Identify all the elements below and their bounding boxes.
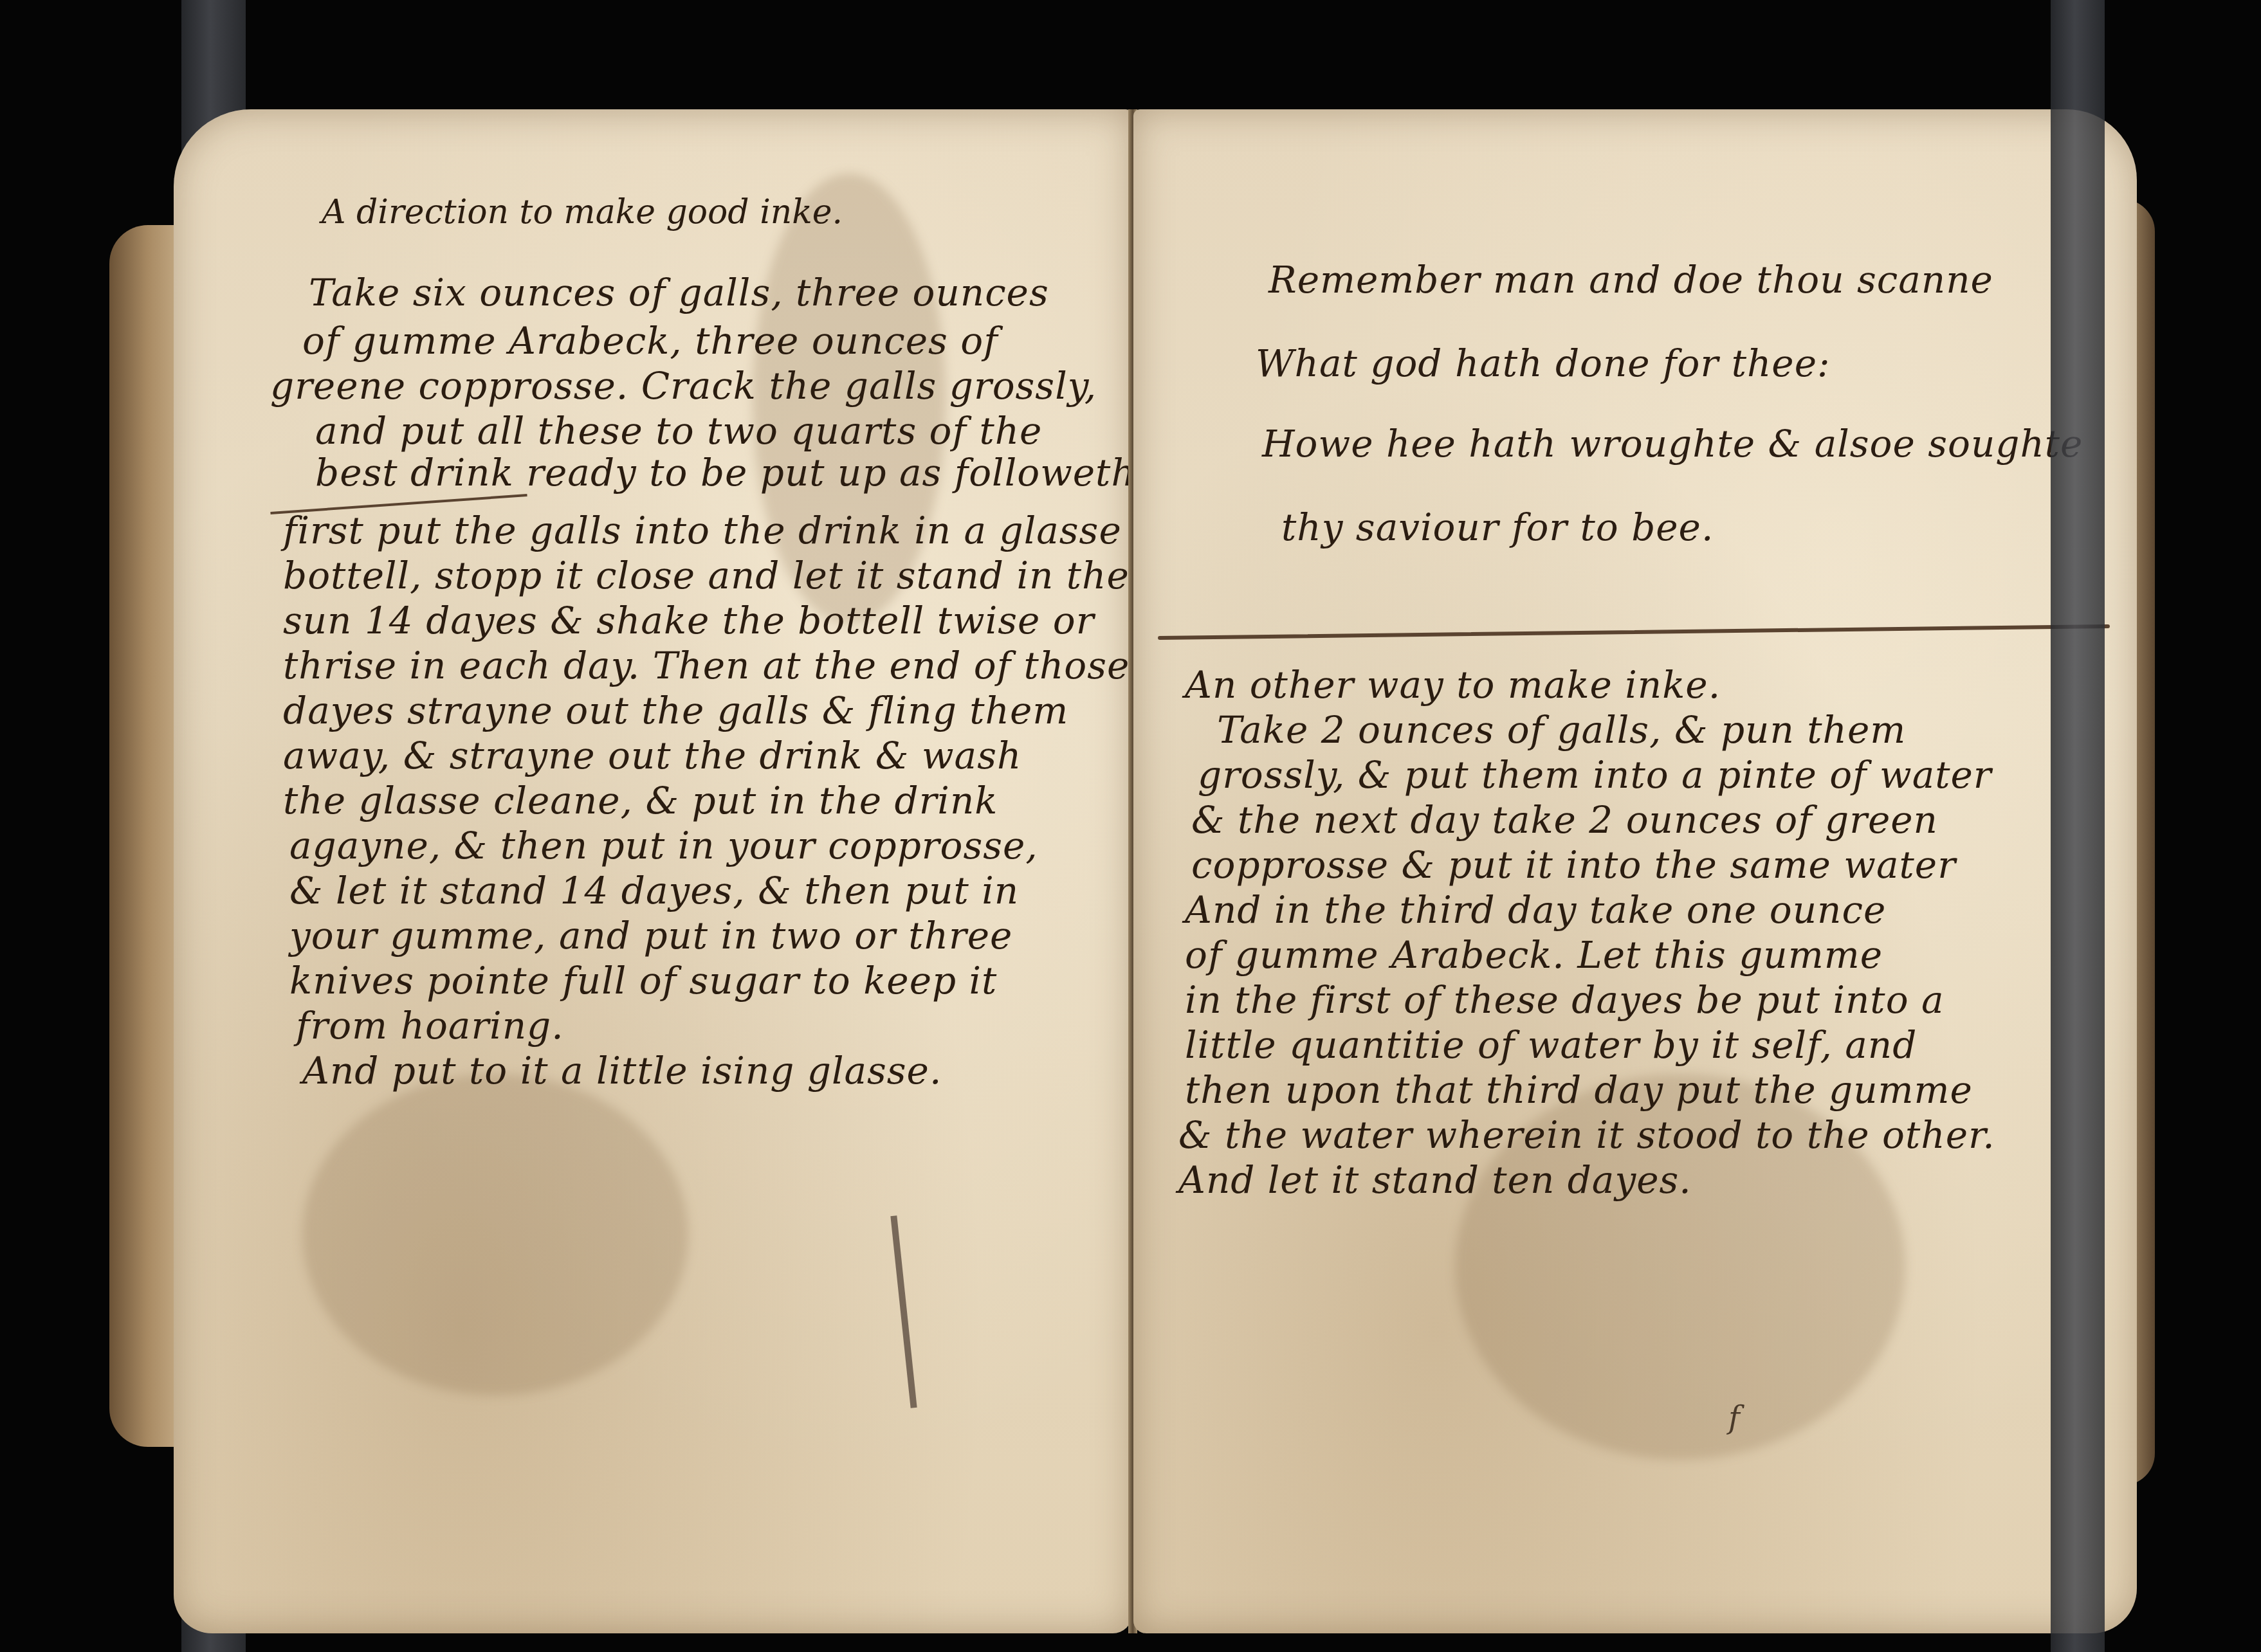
water-stain — [302, 1074, 688, 1395]
open-manuscript-book: A direction to make good inke. Take six … — [96, 109, 2148, 1633]
poem-line: Remember man and doe thou scanne — [1268, 257, 1993, 302]
recipe-line: little quantitie of water by it self, an… — [1185, 1022, 1917, 1067]
recipe-line: thrise in each day. Then at the end of t… — [283, 643, 1130, 688]
recipe-title-right: An other way to make inke. — [1185, 662, 1721, 707]
recipe-line: of gumme Arabeck, three ounces of — [302, 318, 998, 363]
recipe-line: sun 14 dayes & shake the bottell twise o… — [283, 598, 1094, 643]
recipe-line: of gumme Arabeck. Let this gumme — [1185, 932, 1883, 977]
poem-line: Howe hee hath wroughte & alsoe soughte — [1262, 421, 2083, 466]
recipe-line: the glasse cleane, & put in the drink — [283, 778, 998, 823]
recipe-line: in the first of these dayes be put into … — [1185, 977, 1945, 1022]
right-strap — [2051, 0, 2105, 1652]
recipe-line: away, & strayne out the drink & wash — [283, 733, 1021, 778]
marginal-mark: f — [1728, 1395, 1741, 1440]
recipe-line: agayne, & then put in your copprosse, — [289, 823, 1038, 868]
pen-smudge — [890, 1215, 917, 1408]
recipe-line: Take six ounces of galls, three ounces — [309, 270, 1049, 315]
recipe-line: best drink ready to be put up as followe… — [315, 450, 1148, 495]
recipe-line: bottell, stopp it close and let it stand… — [283, 553, 1130, 598]
recipe-line: then upon that third day put the gumme — [1185, 1067, 1973, 1112]
recipe-line: And let it stand ten dayes. — [1178, 1157, 1692, 1203]
recipe-line: from hoaring. — [296, 1003, 564, 1048]
recipe-line: Take 2 ounces of galls, & pun them — [1217, 707, 1906, 752]
recipe-line: copprosse & put it into the same water — [1191, 842, 1956, 887]
section-divider — [1158, 624, 2110, 640]
recipe-line: knives pointe full of sugar to keep it — [289, 958, 997, 1003]
recipe-line: & let it stand 14 dayes, & then put in — [289, 868, 1019, 913]
recipe-line: first put the galls into the drink in a … — [283, 508, 1122, 553]
recipe-line: grossly, & put them into a pinte of wate… — [1198, 752, 1992, 797]
recipe-line: And in the third day take one ounce — [1185, 887, 1886, 932]
right-page: 33 Remember man and doe thou scanne What… — [1133, 109, 2137, 1633]
recipe-line: your gumme, and put in two or three — [289, 913, 1012, 958]
left-page: A direction to make good inke. Take six … — [174, 109, 1132, 1633]
recipe-line: & the next day take 2 ounces of green — [1191, 797, 1938, 842]
recipe-line: greene copprosse. Crack the galls grossl… — [270, 363, 1097, 408]
recipe-line: and put all these to two quarts of the — [315, 408, 1042, 453]
recipe-line: & the water wherein it stood to the othe… — [1178, 1112, 1995, 1157]
recipe-line: dayes strayne out the galls & fling them — [283, 688, 1068, 733]
recipe-title-left: A direction to make good inke. — [322, 193, 843, 231]
recipe-line: And put to it a little ising glasse. — [302, 1048, 942, 1093]
poem-line: thy saviour for to bee. — [1281, 505, 1714, 550]
poem-line: What god hath done for thee: — [1256, 341, 1831, 386]
